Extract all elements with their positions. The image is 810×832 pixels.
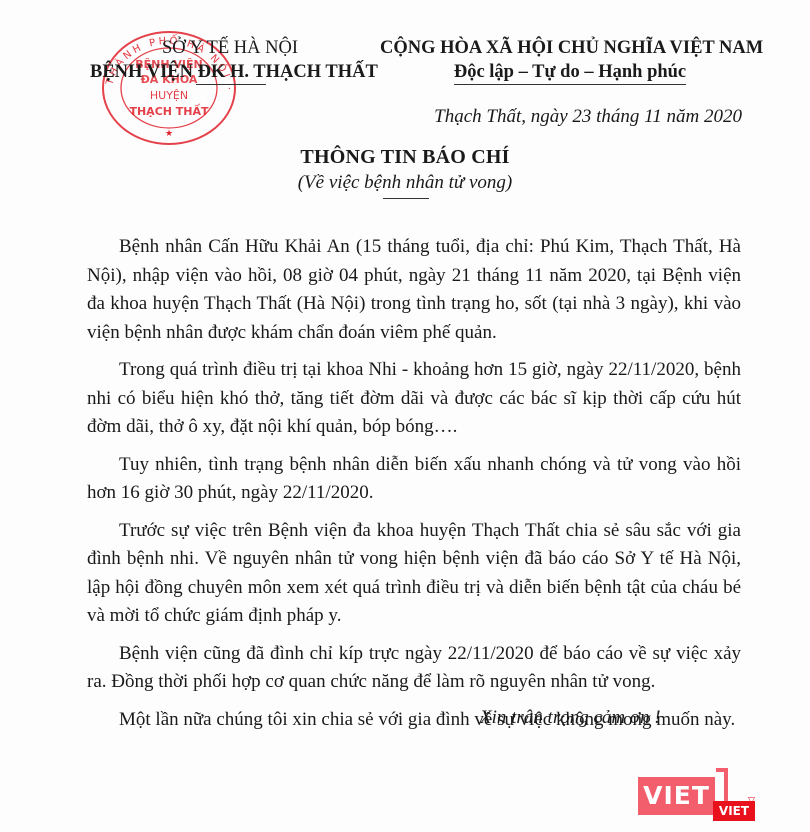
national-motto: Độc lập – Tự do – Hạnh phúc [454,62,686,85]
national-header: CỘNG HÒA XÃ HỘI CHỦ NGHĨA VIỆT NAM Độc l… [380,36,760,84]
nation-name: CỘNG HÒA XÃ HỘI CHỦ NGHĨA VIỆT NAM [380,36,760,60]
issuing-organization: SỞ Y TẾ HÀ NỘI BỆNH VIỆN ĐK H. THẠCH THẤ… [90,36,370,84]
paragraph: Bệnh viện cũng đã đình chỉ kíp trực ngày… [87,640,741,697]
seal-star-icon: ★ [165,129,173,139]
document-subtitle: (Về việc bệnh nhân tử vong) [0,172,810,194]
header-divider [196,84,266,85]
paragraph: Trong quá trình điều trị tại khoa Nhi - … [87,356,741,442]
paragraph: Trước sự việc trên Bệnh viện đa khoa huy… [87,517,741,631]
watermark-triangle-icon: ▽ [748,796,755,806]
watermark-logo: VIET [638,777,715,815]
closing-line: Xin trân trọng cảm ơn ! [480,707,661,729]
watermark-corner-icon [716,768,728,802]
paragraph: Tuy nhiên, tình trạng bệnh nhân diễn biế… [87,451,741,508]
document-date: Thạch Thất, ngày 23 tháng 11 năm 2020 [434,106,742,128]
subtitle-divider [383,198,429,199]
hospital-name: BỆNH VIỆN ĐK H. THẠCH THẤT [90,60,370,84]
document-body: Bệnh nhân Cấn Hữu Khải An (15 tháng tuổi… [87,233,741,743]
agency-name: SỞ Y TẾ HÀ NỘI [90,36,370,60]
seal-line-4: THẠCH THẤT [129,103,209,118]
seal-line-3: HUYỆN [150,89,188,102]
document-title: THÔNG TIN BÁO CHÍ [0,146,810,169]
paragraph: Bệnh nhân Cấn Hữu Khải An (15 tháng tuổi… [87,233,741,347]
